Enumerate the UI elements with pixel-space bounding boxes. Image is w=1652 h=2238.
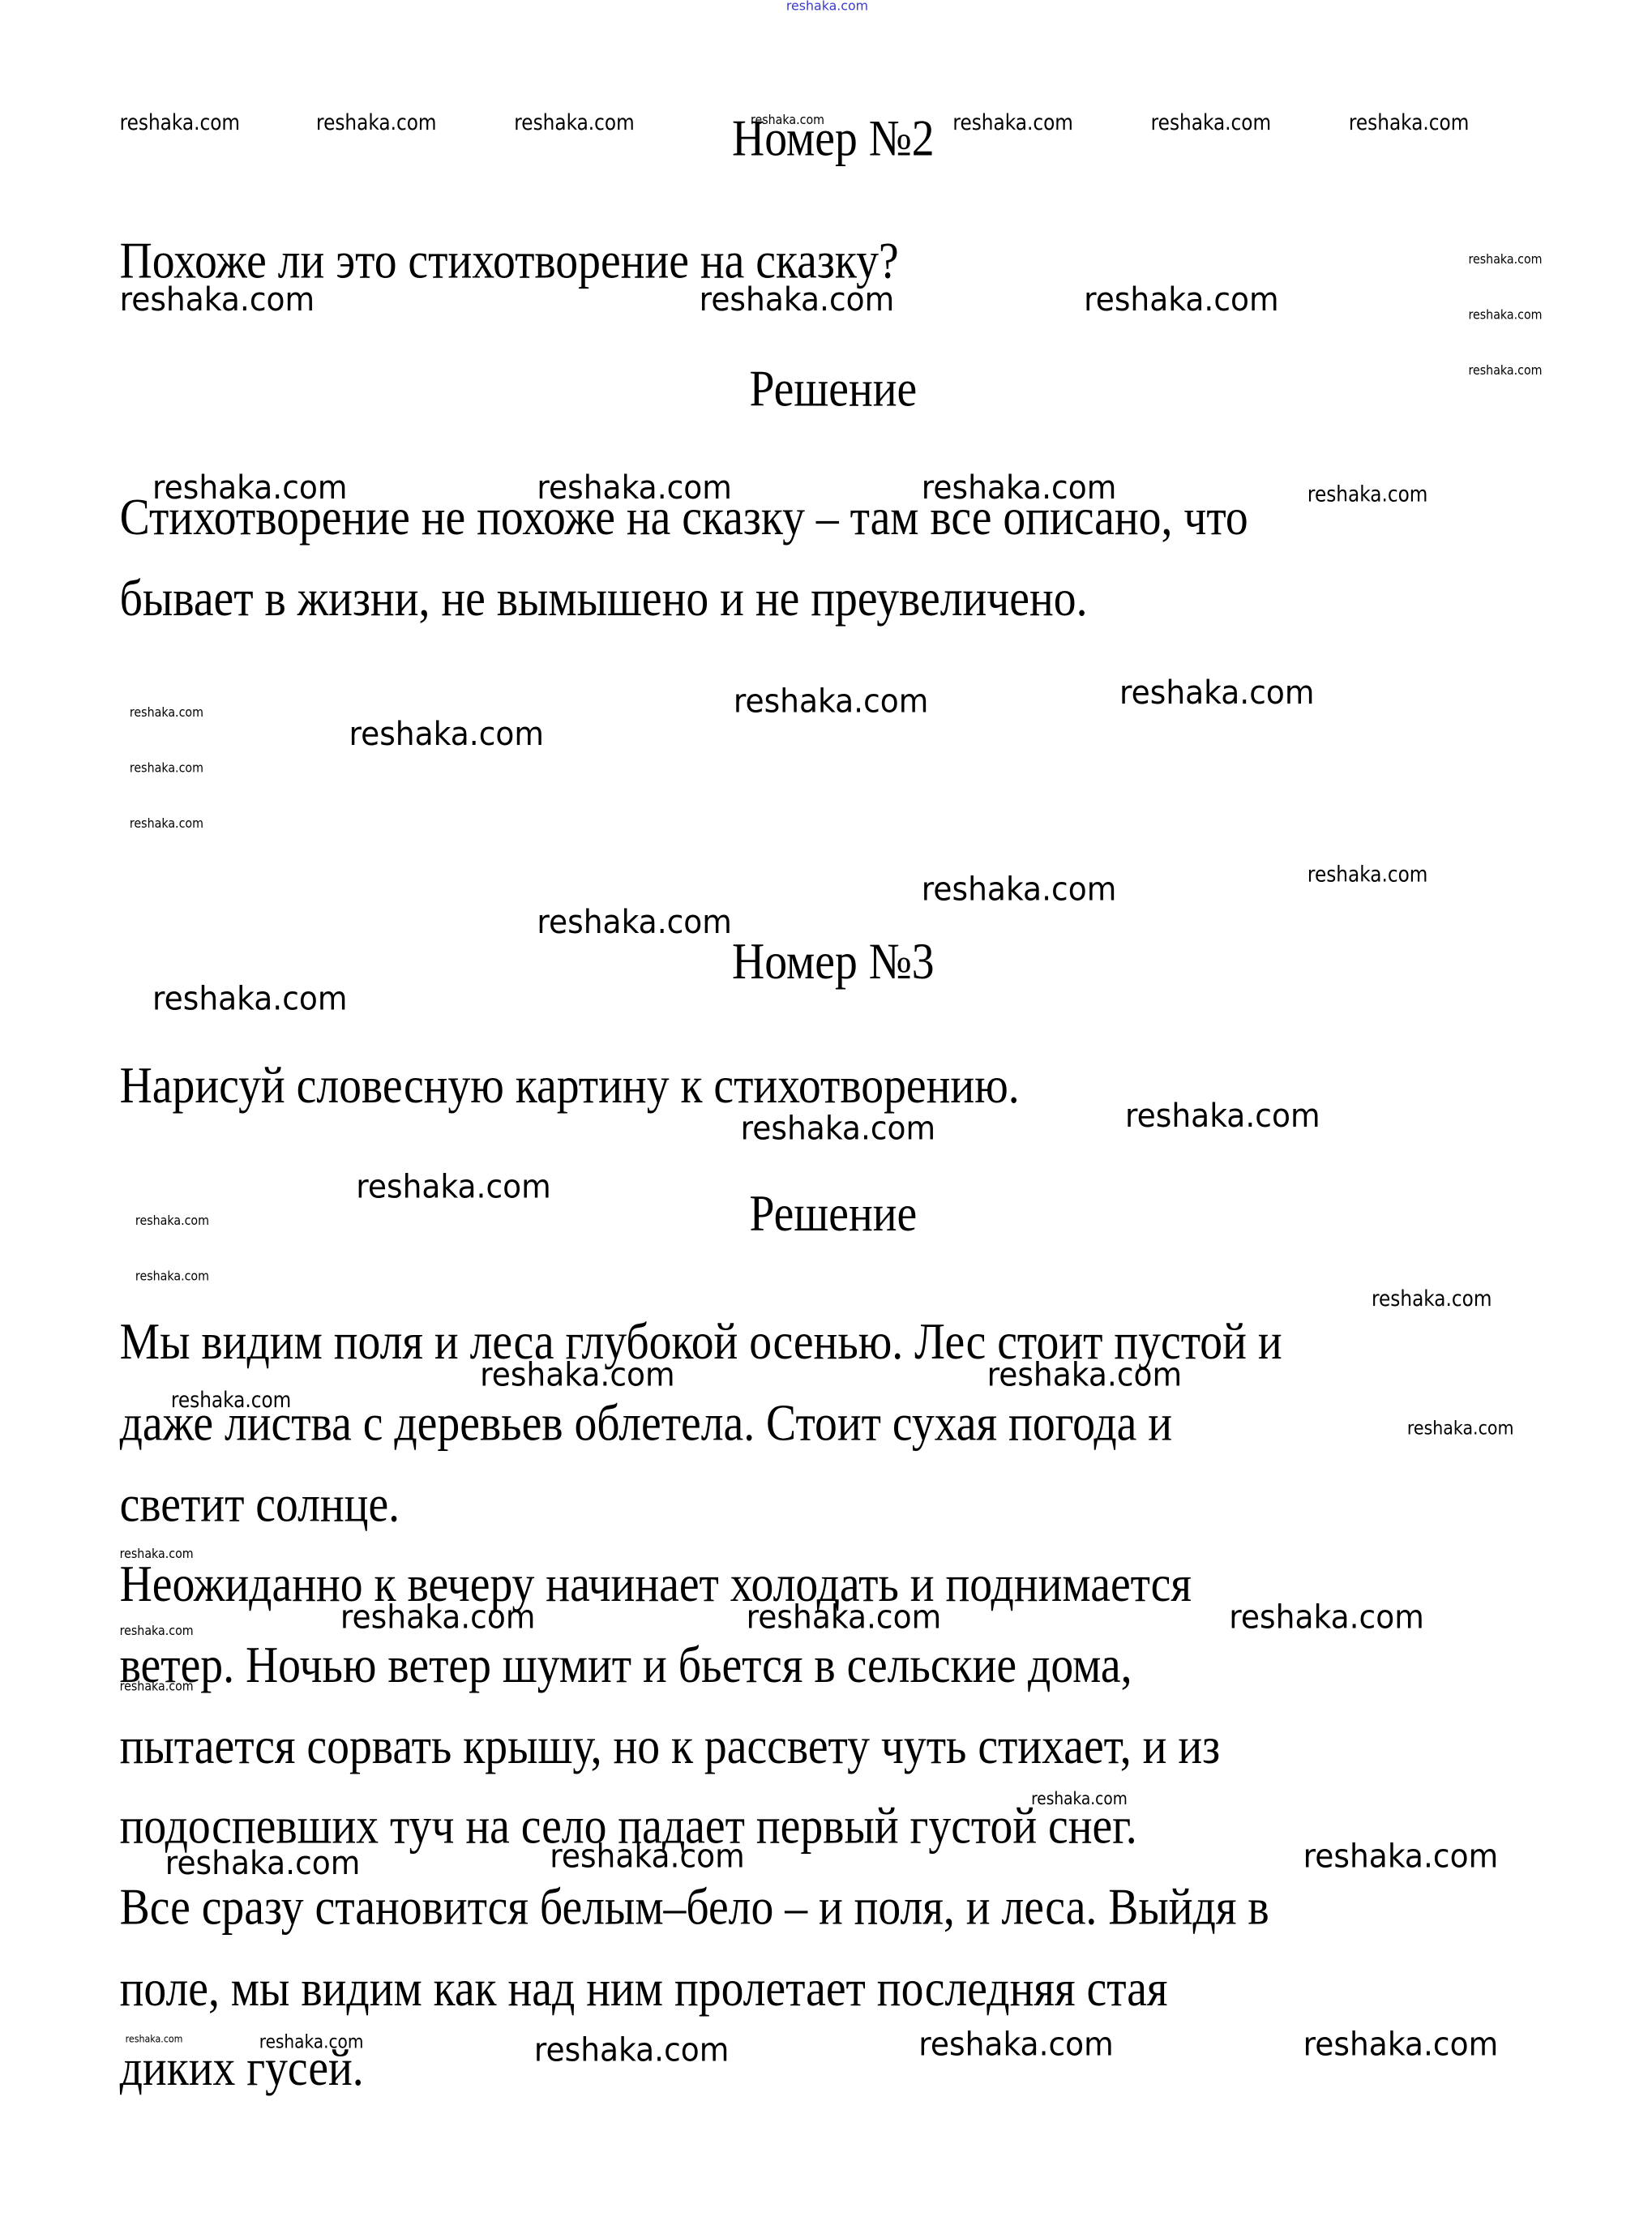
answer-line: диких гусей. <box>120 2043 364 2094</box>
watermark: reshaka.com <box>747 1603 942 1635</box>
watermark: reshaka.com <box>1307 484 1427 505</box>
watermark: reshaka.com <box>120 113 240 134</box>
section-heading: Номер №3 <box>732 935 935 986</box>
watermark: reshaka.com <box>1125 1101 1320 1133</box>
document-page: reshaka.com reshaka.com reshaka.com resh… <box>0 0 1652 2237</box>
watermark: reshaka.com <box>135 1216 209 1229</box>
watermark: reshaka.com <box>1468 255 1542 268</box>
answer-line: поле, мы видим как над ним пролетает пос… <box>120 1962 1168 2013</box>
watermark: reshaka.com <box>480 1360 675 1393</box>
answer-line: даже листва с деревьев облетела. Стоит с… <box>120 1397 1172 1448</box>
answer-line: Все сразу становится белым–бело – и поля… <box>120 1881 1269 1932</box>
watermark: reshaka.com <box>120 285 315 317</box>
watermark: reshaka.com <box>135 1272 209 1285</box>
watermark: reshaka.com <box>1372 1289 1492 1310</box>
answer-line: светит солнце. <box>120 1478 400 1530</box>
watermark: reshaka.com <box>1349 113 1469 134</box>
watermark: reshaka.com <box>700 285 895 317</box>
watermark: reshaka.com <box>316 113 436 134</box>
watermark: reshaka.com <box>1229 1603 1424 1635</box>
watermark: reshaka.com <box>1119 678 1315 710</box>
watermark: reshaka.com <box>1151 113 1271 134</box>
watermark: reshaka.com <box>349 719 544 751</box>
watermark: reshaka.com <box>922 875 1117 907</box>
watermark: reshaka.com <box>918 2030 1114 2062</box>
watermark: reshaka.com <box>1468 366 1542 379</box>
watermark: reshaka.com <box>165 1849 361 1881</box>
solution-label: Решение <box>749 363 917 414</box>
watermark: reshaka.com <box>534 2035 730 2068</box>
watermark: reshaka.com <box>152 984 348 1016</box>
answer-line: ветер. Ночью ветер шумит и бьется в сель… <box>120 1639 1132 1690</box>
watermark: reshaka.com <box>537 907 732 939</box>
watermark: reshaka.com <box>734 687 929 719</box>
watermark: reshaka.com <box>130 819 203 832</box>
answer-line: бывает в жизни, не вымышено и не преувел… <box>120 572 1088 623</box>
watermark: reshaka.com <box>356 1172 551 1205</box>
watermark: reshaka.com <box>340 1603 536 1635</box>
watermark: reshaka.com <box>1407 1420 1514 1439</box>
solution-label: Решение <box>749 1187 917 1239</box>
answer-line: Стихотворение не похоже на сказку – там … <box>120 491 1248 542</box>
site-link[interactable]: reshaka.com <box>786 2 868 15</box>
watermark: reshaka.com <box>1303 2030 1499 2062</box>
watermark: reshaka.com <box>1303 1842 1499 1874</box>
watermark: reshaka.com <box>130 708 203 721</box>
section-heading: Номер №2 <box>732 113 935 164</box>
watermark: reshaka.com <box>741 1114 936 1146</box>
watermark: reshaka.com <box>952 113 1072 134</box>
watermark: reshaka.com <box>514 113 634 134</box>
question-text: Нарисуй словесную картину к стихотворени… <box>120 1059 1020 1110</box>
watermark: reshaka.com <box>1084 285 1279 317</box>
question-text: Похоже ли это стихотворение на сказку? <box>120 235 899 286</box>
answer-line: пытается сорвать крышу, но к рассвету чу… <box>120 1720 1221 1771</box>
watermark: reshaka.com <box>130 764 203 777</box>
watermark: reshaka.com <box>987 1360 1183 1393</box>
watermark: reshaka.com <box>550 1842 745 1874</box>
watermark: reshaka.com <box>1307 864 1427 885</box>
answer-line: Неожиданно к вечеру начинает холодать и … <box>120 1558 1192 1609</box>
watermark: reshaka.com <box>1468 310 1542 323</box>
